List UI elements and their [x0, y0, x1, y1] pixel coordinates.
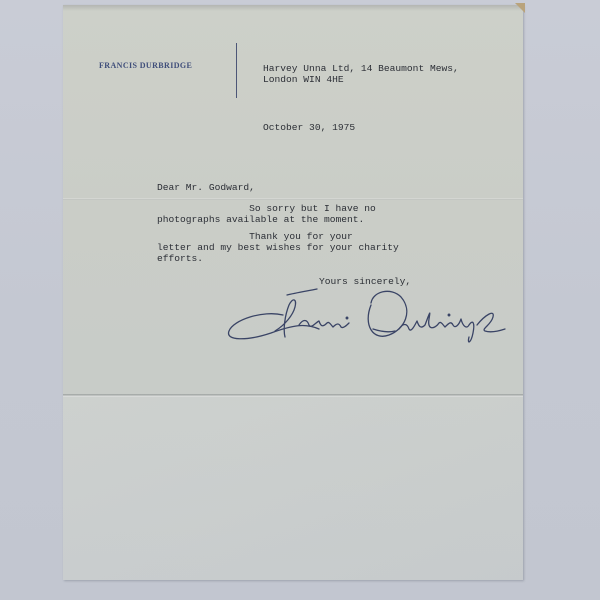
salutation: Dear Mr. Godward,: [157, 182, 255, 193]
body-paragraph-1: So sorry but I have no photographs avail…: [157, 203, 376, 225]
letterhead-divider: [236, 43, 237, 98]
letter-date: October 30, 1975: [263, 122, 355, 133]
paper-top-shadow: [63, 5, 523, 11]
letterhead-name: FRANCIS DURBRIDGE: [99, 61, 192, 70]
paper-lower-fold-panel: [63, 396, 523, 580]
sender-address: Harvey Unna Ltd, 14 Beaumont Mews, Londo…: [263, 63, 459, 85]
handwritten-signature-icon: [223, 285, 513, 353]
address-line-2: London WIN 4HE: [263, 74, 344, 85]
paper-fold-line-lower: [63, 394, 523, 397]
letter-paper: FRANCIS DURBRIDGE Harvey Unna Ltd, 14 Be…: [63, 5, 523, 580]
paper-fold-line-upper: [63, 198, 523, 200]
address-line-1: Harvey Unna Ltd, 14 Beaumont Mews,: [263, 63, 459, 74]
paper-corner-tear: [515, 3, 525, 13]
body-paragraph-2: Thank you for your letter and my best wi…: [157, 231, 399, 264]
